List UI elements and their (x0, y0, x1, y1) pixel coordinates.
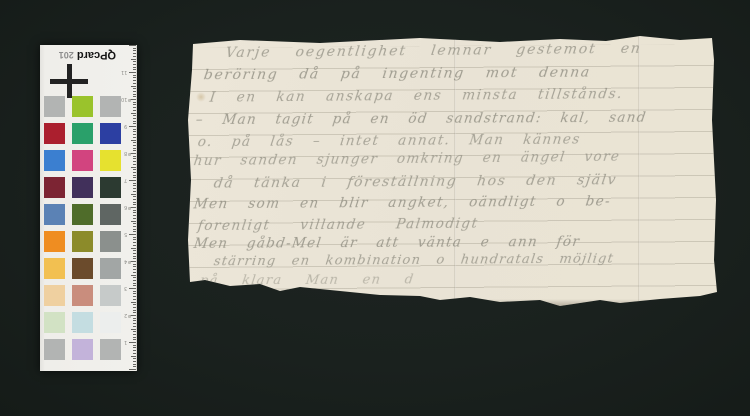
ruler-tick (133, 156, 136, 157)
ruler-tick (133, 83, 136, 84)
color-patch (72, 231, 93, 252)
ruler-tick (133, 299, 136, 300)
ruler-number: 8 (124, 150, 127, 155)
color-patch (100, 96, 121, 117)
handwriting-line: då tänka i föreställning hos den själv (213, 172, 618, 192)
ruler-tick (133, 102, 136, 103)
handwriting-line: – Man tagit på en öd sandstrand: kal, sa… (195, 110, 648, 128)
ruler-tick (133, 318, 136, 319)
ruler-tick (133, 231, 136, 232)
ruler-tick (131, 221, 136, 222)
ruler-tick (133, 96, 136, 97)
ruler-tick (133, 277, 136, 278)
ruler-tick (133, 94, 136, 95)
color-patch (44, 123, 65, 144)
ruler-tick (131, 113, 136, 114)
ruler-tick (133, 67, 136, 68)
color-patch (44, 312, 65, 333)
ruler-tick (131, 248, 136, 249)
ruler-tick (133, 334, 136, 335)
ruler-tick (133, 212, 136, 213)
ruler-tick (133, 226, 136, 227)
registration-cross-icon (50, 64, 88, 98)
handwriting-line: hur sanden sjunger omkring en ängel vore (193, 149, 622, 169)
ruler-tick (133, 172, 136, 173)
ruler-tick (133, 80, 136, 81)
card-brand-label: QPcard (77, 49, 116, 61)
color-patch (100, 258, 121, 279)
ruler-tick (133, 148, 136, 149)
ruler-tick (133, 285, 136, 286)
handwriting-line: o. på lås – intet annat. Man kännes (197, 132, 582, 151)
ruler-hole (128, 315, 131, 318)
color-patch (44, 177, 65, 198)
color-patch (100, 339, 121, 360)
ruler-tick (131, 86, 136, 87)
color-patch (44, 231, 65, 252)
handwriting-line: Men som en blir angket, oändligt o be- (193, 194, 612, 213)
ruler-tick (133, 269, 136, 270)
color-patch (100, 285, 121, 306)
ruler-tick (133, 48, 136, 49)
handwriting-line: Varje oegentlighet lemnar gestemot en (225, 41, 643, 61)
ruler-tick (133, 142, 136, 143)
color-patch-grid (44, 96, 121, 360)
ruler-tick (133, 347, 136, 348)
ruler-tick (133, 307, 136, 308)
photo-background: QPcard 201 1110987654321 Varje oegentlig… (0, 0, 750, 416)
ruler-tick (131, 275, 136, 276)
color-patch (72, 312, 93, 333)
ruler-tick (133, 196, 136, 197)
ruler-number: 6 (124, 204, 127, 209)
ruler: 1110987654321 (120, 45, 137, 371)
ruler-tick (133, 326, 136, 327)
ruler-tick (133, 310, 136, 311)
handwriting-line: beröring då på ingenting mot denna (203, 65, 592, 84)
ruler-tick (133, 291, 136, 292)
ruler-tick (133, 134, 136, 135)
color-patch (72, 177, 93, 198)
ruler-tick (133, 61, 136, 62)
color-patch (100, 123, 121, 144)
ruler-tick (133, 361, 136, 362)
ruler-tick (133, 137, 136, 138)
ruler-tick (133, 312, 136, 313)
ruler-tick (133, 199, 136, 200)
ruler-tick (133, 145, 136, 146)
calibration-card: QPcard 201 1110987654321 (40, 45, 137, 371)
ruler-tick (133, 53, 136, 54)
ruler-tick (133, 283, 136, 284)
ruler-tick (131, 356, 136, 357)
card-title: QPcard 201 (44, 49, 116, 61)
ruler-tick (133, 366, 136, 367)
ruler-tick (133, 242, 136, 243)
color-patch (72, 204, 93, 225)
color-patch (44, 285, 65, 306)
color-patch (100, 312, 121, 333)
ruler-tick (133, 304, 136, 305)
ruler-tick (133, 266, 136, 267)
color-patch (100, 231, 121, 252)
color-patch (44, 204, 65, 225)
ruler-tick (133, 69, 136, 70)
ruler-hole (128, 207, 131, 210)
ruler-tick (133, 229, 136, 230)
color-patch (72, 339, 93, 360)
ruler-tick (133, 107, 136, 108)
ruler-tick (133, 331, 136, 332)
ruler-number: 4 (124, 258, 127, 263)
color-patch (100, 177, 121, 198)
ruler-tick (129, 342, 136, 343)
ruler-tick (131, 167, 136, 168)
ruler-tick (133, 353, 136, 354)
ruler-tick (133, 123, 136, 124)
handwriting-line: forenligt villande Palmodigt (197, 216, 480, 234)
ruler-tick (133, 202, 136, 203)
ruler-tick (133, 358, 136, 359)
ruler-tick (133, 131, 136, 132)
ruler-tick (133, 104, 136, 105)
color-patch (100, 150, 121, 171)
ruler-tick (133, 110, 136, 111)
ruler-tick (131, 194, 136, 195)
handwriting-line: på klara Man en d (199, 272, 415, 288)
ruler-tick (133, 164, 136, 165)
ruler-tick (133, 121, 136, 122)
color-patch (72, 285, 93, 306)
color-patch (72, 123, 93, 144)
ruler-tick (133, 237, 136, 238)
ruler-tick (133, 64, 136, 65)
handwriting-layer: Varje oegentlighet lemnar gestemot enber… (186, 34, 718, 308)
ruler-tick (133, 364, 136, 365)
ruler-tick (133, 218, 136, 219)
color-patch (44, 96, 65, 117)
ruler-tick (133, 239, 136, 240)
ruler-tick (133, 115, 136, 116)
ruler-tick (133, 204, 136, 205)
ruler-number: 2 (124, 312, 127, 317)
ruler-tick (133, 215, 136, 216)
ruler-tick (133, 177, 136, 178)
ruler-tick (133, 77, 136, 78)
ruler-tick (133, 296, 136, 297)
ruler-tick (133, 150, 136, 151)
ruler-tick (133, 280, 136, 281)
handwriting-line: I en kan anskapa ens minsta tillstånds. (209, 86, 624, 106)
ruler-tick (133, 169, 136, 170)
ruler-tick (133, 191, 136, 192)
ruler-tick (133, 91, 136, 92)
card-model-label: 201 (59, 50, 74, 60)
ruler-tick (133, 272, 136, 273)
handwriting-line: stärring en kombination o hundratals möj… (213, 252, 615, 270)
ruler-tick (133, 161, 136, 162)
ruler-hole (128, 261, 131, 264)
ruler-tick (133, 183, 136, 184)
color-patch (100, 204, 121, 225)
ruler-tick (131, 329, 136, 330)
ruler-tick (133, 320, 136, 321)
ruler-tick (129, 234, 136, 235)
torn-edge-shadow (186, 299, 718, 308)
ruler-number: 5 (124, 231, 127, 236)
ruler-tick (131, 302, 136, 303)
color-patch (72, 150, 93, 171)
ruler-tick (133, 175, 136, 176)
ruler-tick (133, 88, 136, 89)
ruler-hole (128, 99, 131, 102)
ruler-tick (133, 129, 136, 130)
ruler-tick (133, 293, 136, 294)
ruler-tick (129, 72, 136, 73)
ruler-number: 11 (121, 69, 127, 74)
ruler-number: 1 (124, 339, 127, 344)
ruler-tick (133, 256, 136, 257)
ruler-number: 10 (121, 96, 127, 101)
ruler-tick (133, 337, 136, 338)
color-patch (44, 258, 65, 279)
ruler-tick (133, 56, 136, 57)
ruler-tick (133, 185, 136, 186)
ruler-tick (133, 350, 136, 351)
ruler-tick (129, 45, 136, 46)
ruler-tick (133, 250, 136, 251)
ruler-tick (133, 339, 136, 340)
manuscript-paper: Varje oegentlighet lemnar gestemot enber… (186, 34, 718, 308)
ruler-tick (133, 223, 136, 224)
color-patch (44, 339, 65, 360)
ruler-tick (133, 118, 136, 119)
ruler-tick (129, 288, 136, 289)
ruler-tick (133, 50, 136, 51)
ruler-tick (133, 158, 136, 159)
handwriting-line: Men gåbd-Mel är att vänta e ann för (193, 234, 581, 252)
ruler-tick (129, 369, 136, 370)
ruler-tick (133, 264, 136, 265)
ruler-tick (133, 258, 136, 259)
ruler-tick (133, 323, 136, 324)
ruler-tick (133, 188, 136, 189)
ruler-number: 7 (124, 177, 127, 182)
ruler-tick (133, 210, 136, 211)
color-patch (72, 258, 93, 279)
ruler-tick (133, 345, 136, 346)
ruler-tick (131, 59, 136, 60)
color-patch (72, 96, 93, 117)
ruler-tick (133, 245, 136, 246)
ruler-tick (129, 180, 136, 181)
ruler-tick (129, 126, 136, 127)
ruler-hole (128, 153, 131, 156)
ruler-number: 9 (124, 123, 127, 128)
ruler-tick (131, 140, 136, 141)
ruler-tick (133, 253, 136, 254)
ruler-number: 3 (124, 285, 127, 290)
ruler-tick (133, 75, 136, 76)
color-patch (44, 150, 65, 171)
